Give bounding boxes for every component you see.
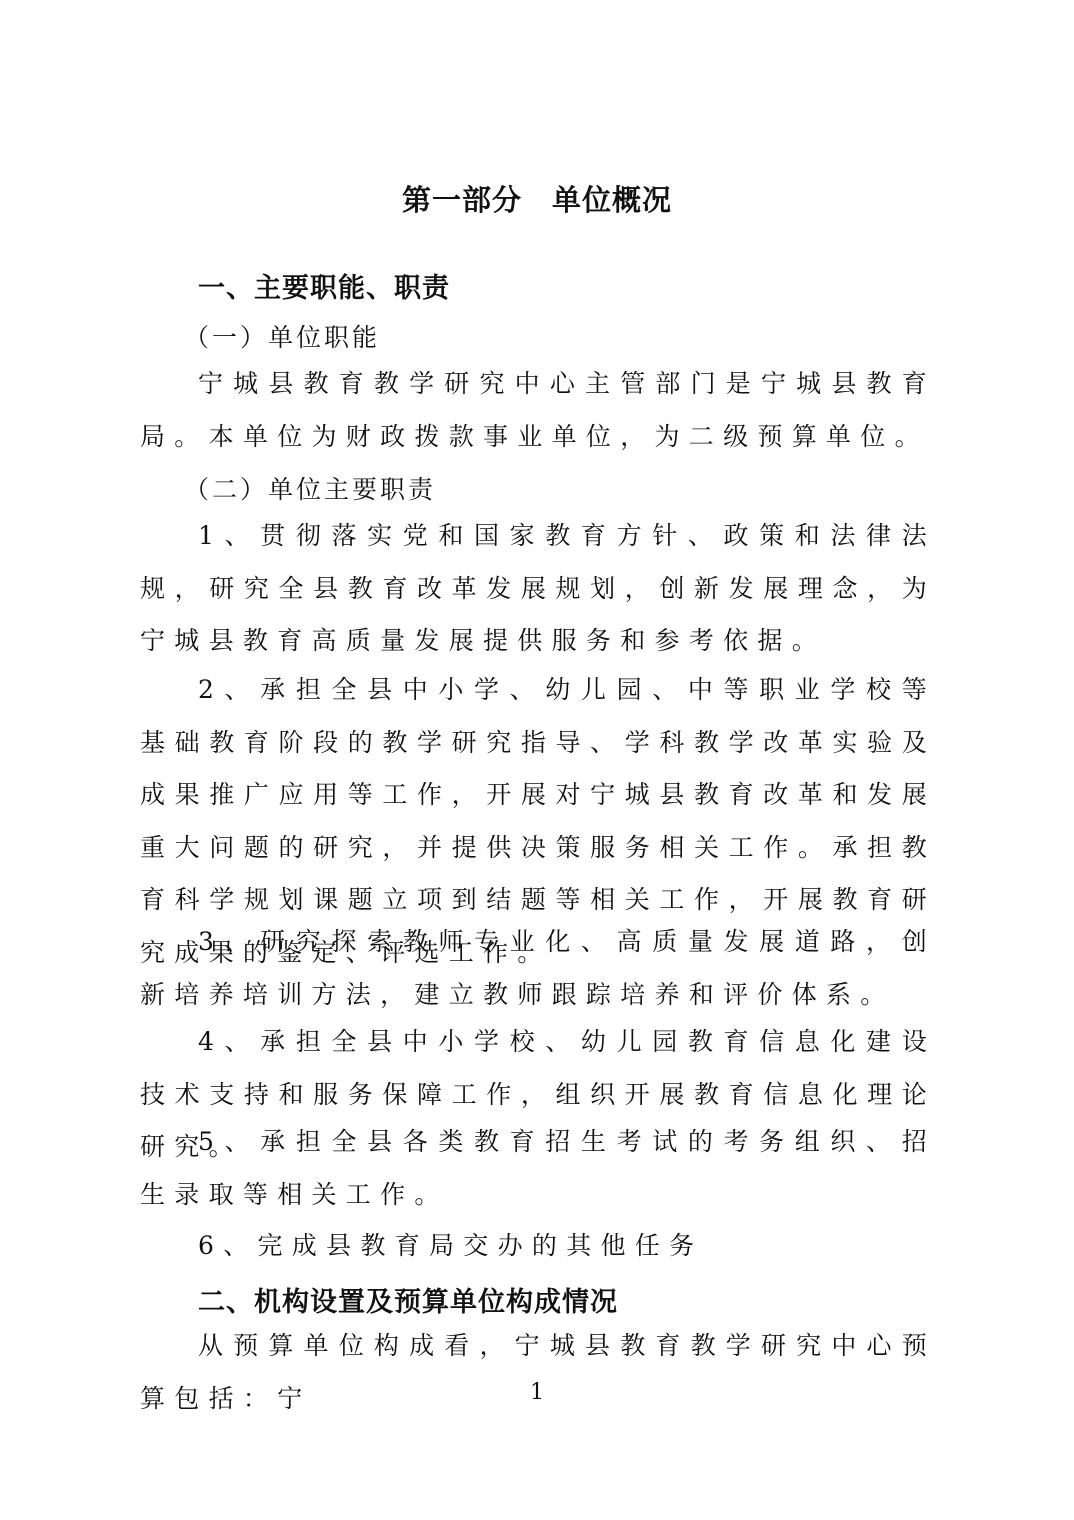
paragraph-duty-6: 6、完成县教育局交办的其他任务 xyxy=(140,1220,936,1273)
subsection-heading-1: （一）单位职能 xyxy=(184,318,380,354)
paragraph-budget-units: 从预算单位构成看，宁城县教育教学研究中心预算包括：宁 xyxy=(140,1320,936,1425)
page-number: 1 xyxy=(0,1380,1074,1405)
section-heading-1: 一、主要职能、职责 xyxy=(198,266,450,305)
page-title: 第一部分 单位概况 xyxy=(0,178,1074,219)
paragraph-duty-5: 5、承担全县各类教育招生考试的考务组织、招生录取等相关工作。 xyxy=(140,1116,936,1221)
paragraph-duty-1: 1、贯彻落实党和国家教育方针、政策和法律法规，研究全县教育改革发展规划，创新发展… xyxy=(140,510,936,668)
subsection-heading-2: （二）单位主要职责 xyxy=(184,470,436,506)
paragraph-duty-3: 3、研究探索教师专业化、高质量发展道路，创新培养培训方法，建立教师跟踪培养和评价… xyxy=(140,916,936,1021)
section-heading-2: 二、机构设置及预算单位构成情况 xyxy=(198,1280,618,1319)
document-page: 第一部分 单位概况 一、主要职能、职责 （一）单位职能 宁城县教育教学研究中心主… xyxy=(0,0,1074,1520)
paragraph-unit-function: 宁城县教育教学研究中心主管部门是宁城县教育局。本单位为财政拨款事业单位，为二级预… xyxy=(140,358,936,463)
